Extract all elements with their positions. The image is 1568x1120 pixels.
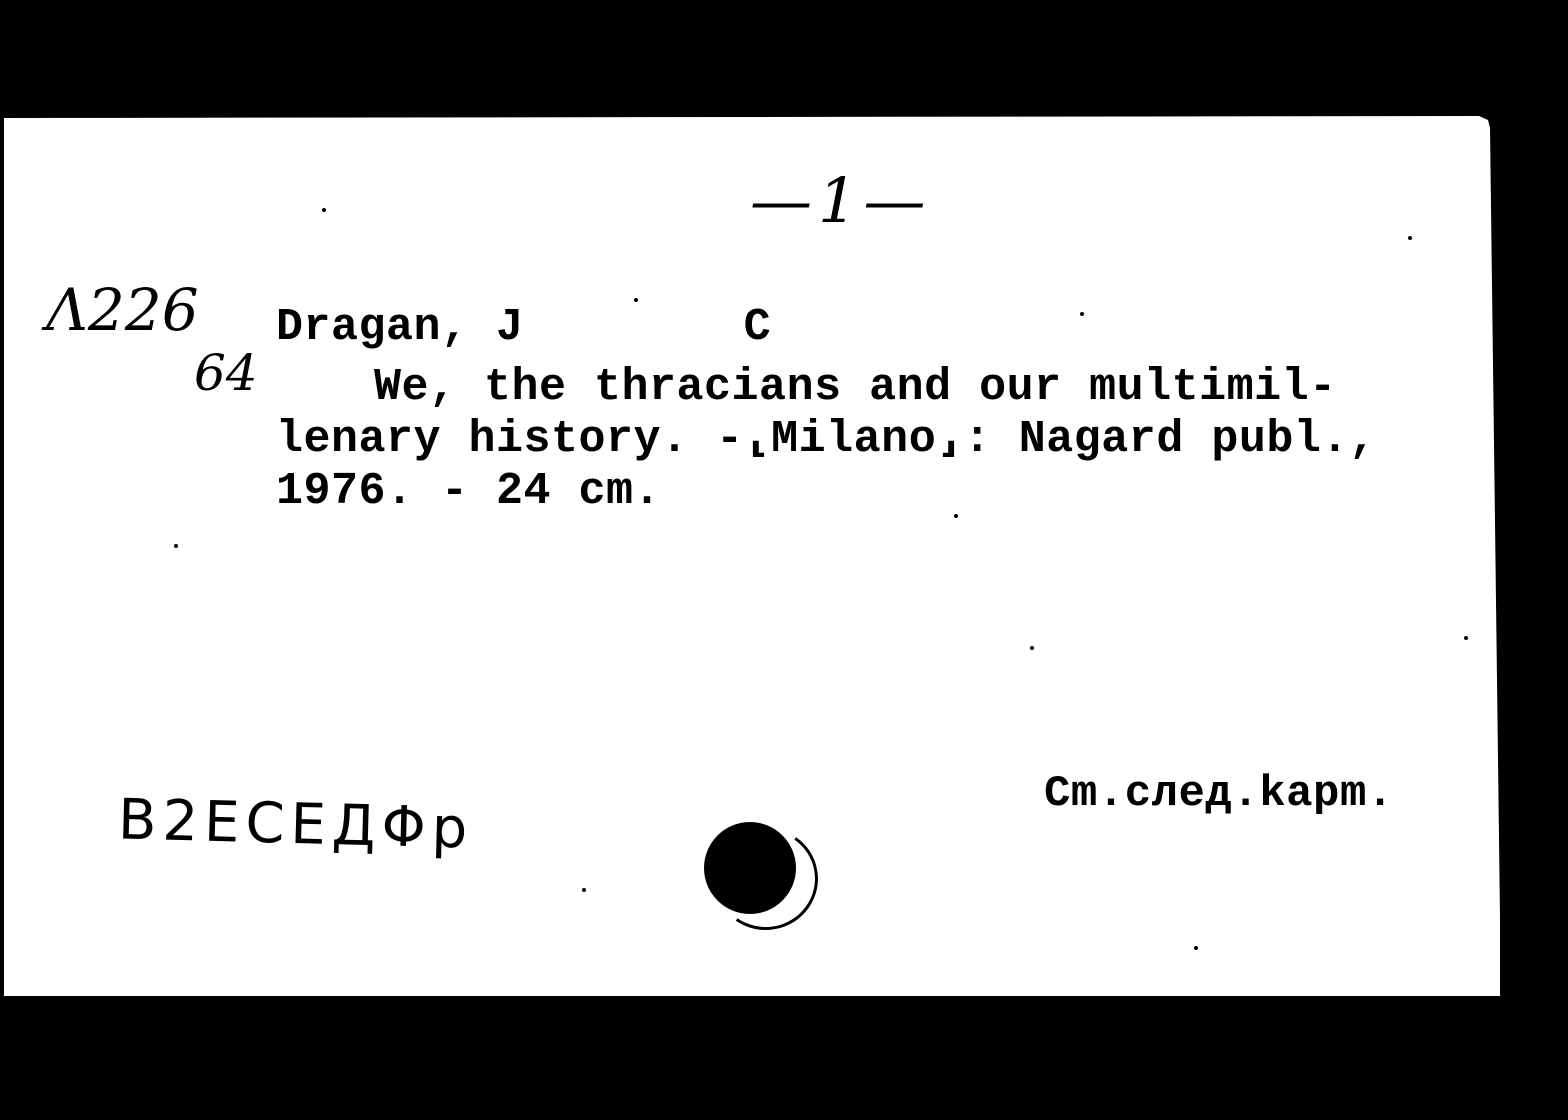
scan-speck bbox=[1030, 646, 1034, 650]
title-line-2: lenary history. -⸤Milano⸥: Nagard publ., bbox=[276, 414, 1376, 466]
title-line-1: We, the thracians and our multimil- bbox=[374, 362, 1337, 414]
see-next-card-note: Cm.cлeд.kapm. bbox=[1044, 768, 1394, 820]
scan-speck bbox=[1408, 236, 1412, 240]
scan-speck bbox=[1080, 312, 1084, 316]
scan-speck bbox=[634, 298, 638, 302]
punch-hole bbox=[704, 822, 796, 914]
scan-speck bbox=[322, 208, 326, 212]
title-line-3: 1976. - 24 cm. bbox=[276, 466, 661, 518]
card-page-number: —1— bbox=[750, 164, 931, 237]
scan-speck bbox=[954, 514, 958, 518]
shelfmark-line-1: Λ226 bbox=[46, 276, 199, 344]
scan-speck bbox=[582, 888, 586, 892]
scan-speck bbox=[174, 544, 178, 548]
scan-speck bbox=[1464, 636, 1468, 640]
classification-code: B2ECEДΦp bbox=[117, 787, 474, 861]
author-heading: Dragan, J C bbox=[276, 302, 771, 354]
catalog-card: —1— Λ226 64 Dragan, J C We, the thracian… bbox=[4, 116, 1500, 996]
shelfmark-line-2: 64 bbox=[194, 344, 258, 402]
scan-speck bbox=[1194, 946, 1198, 950]
